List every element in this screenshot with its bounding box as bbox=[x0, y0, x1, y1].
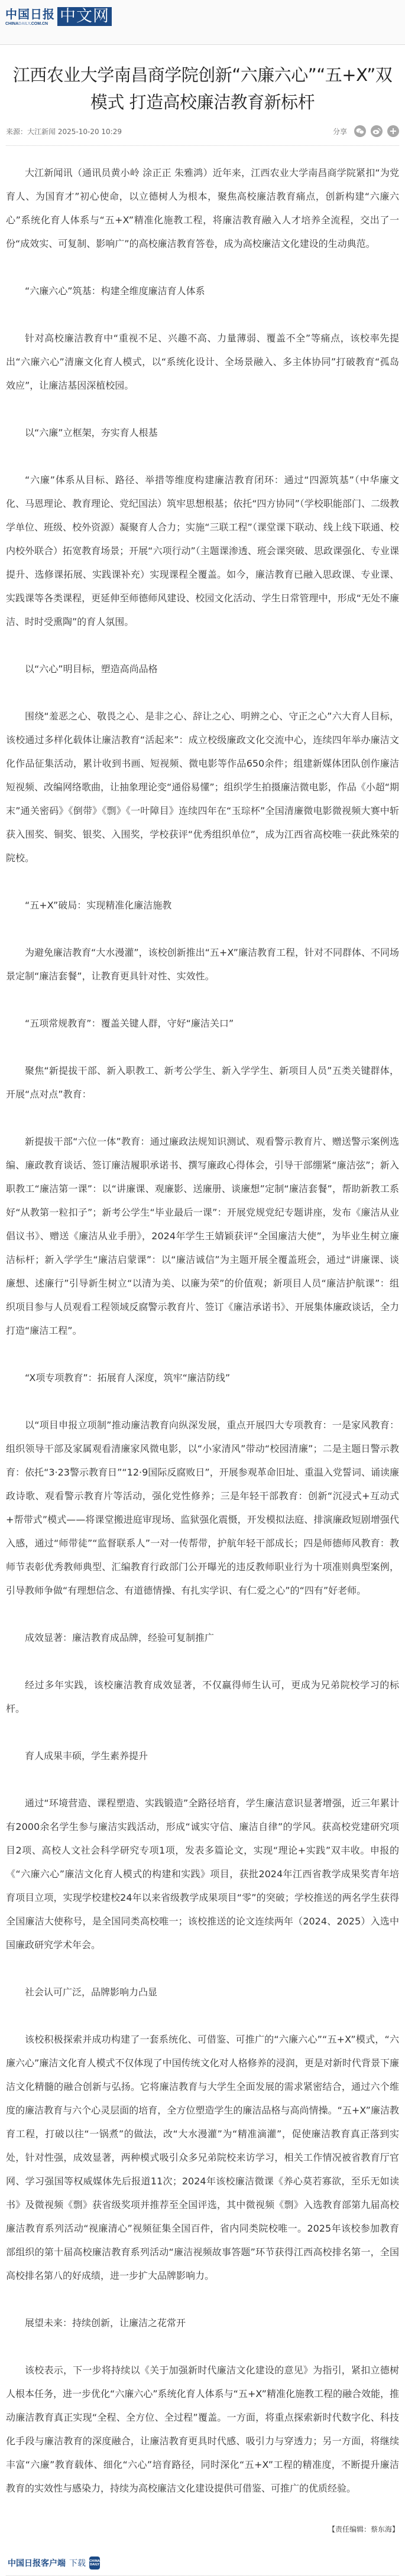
logo-chinese-site-badge: 中文网 bbox=[57, 7, 112, 26]
article: 江西农业大学南昌商学院创新“六廉六心”“五+X”双模式 打造高校廉洁教育新标杆 … bbox=[0, 45, 405, 2576]
app-download-bar[interactable]: 中国日报客户端 下载 CHINADAILY bbox=[6, 2552, 399, 2576]
share-bar: 分享 bbox=[333, 125, 399, 137]
app-icon-text: CHINADAILY bbox=[89, 2559, 100, 2567]
app-name[interactable]: 中国日报客户端 bbox=[8, 2557, 66, 2569]
source-label: 来源： bbox=[6, 128, 27, 136]
paragraph-subhead: 以“六廉”立框架，夯实育人根基 bbox=[6, 421, 399, 445]
paragraph-body: 以“项目申报立项制”推动廉洁教育向纵深发展，重点开展四大专项教育：一是家风教育：… bbox=[6, 1414, 399, 1603]
source-name: 大江新闻 bbox=[27, 128, 56, 136]
logo-domain-suffix: .COM.CN bbox=[30, 22, 48, 26]
logo-domain-china: CHINA bbox=[5, 22, 18, 26]
china-daily-logo[interactable]: 中国日报 CHINADAILY.COM.CN 中文网 bbox=[5, 7, 112, 27]
paragraph-body: 该校积极探索并成功构建了一套系统化、可借鉴、可推广的“六廉六心”“五+X”模式，… bbox=[6, 2028, 399, 2288]
app-icon-line2: DAILY bbox=[90, 2563, 99, 2567]
weibo-icon[interactable] bbox=[371, 125, 383, 137]
paragraph-body: 新提拔干部“六位一体”教育：通过廉政法规知识测试、观看警示教育片、赠送警示案例选… bbox=[6, 1130, 399, 1343]
paragraph-subhead: “五项常规教育”：覆盖关键人群，守好“廉洁关口” bbox=[6, 1012, 399, 1035]
paragraph-subhead: 社会认可广泛，品牌影响力凸显 bbox=[6, 1981, 399, 2004]
paragraph-body: 通过“环境营造、课程塑造、实践锻造”全路径培育，学生廉洁意识显著增强，近三年累计… bbox=[6, 1792, 399, 1957]
paragraph-subhead: “五+X”破局：实现精准化廉洁施教 bbox=[6, 894, 399, 917]
china-daily-app-icon[interactable]: CHINADAILY bbox=[89, 2557, 100, 2570]
paragraph-body: 聚焦“新提拔干部、新入职教工、新考公学生、新入学学生、新项目人员”五类关键群体，… bbox=[6, 1059, 399, 1106]
share-label: 分享 bbox=[333, 126, 347, 136]
paragraph-body: 针对高校廉洁教育中“重视不足、兴趣不高、力量薄弱、覆盖不全”等痛点，该校率先提出… bbox=[6, 327, 399, 398]
source-and-time: 来源：大江新闻 2025-10-20 10:29 bbox=[6, 126, 122, 136]
article-meta: 来源：大江新闻 2025-10-20 10:29 分享 bbox=[6, 123, 399, 146]
paragraph-body: 大江新闻讯（通讯员黄小岭 涂正正 朱雅鸿）近年来，江西农业大学南昌商学院紧扣“为… bbox=[6, 161, 399, 256]
download-link[interactable]: 下载 bbox=[69, 2557, 86, 2569]
wechat-icon[interactable] bbox=[354, 125, 366, 137]
more-share-plus-icon[interactable] bbox=[387, 125, 399, 137]
article-title: 江西农业大学南昌商学院创新“六廉六心”“五+X”双模式 打造高校廉洁教育新标杆 bbox=[6, 45, 399, 116]
paragraph-subhead: 以“六心”明目标，塑造高尚品格 bbox=[6, 657, 399, 681]
logo-domain-daily: DAILY bbox=[18, 22, 30, 26]
paragraph-subhead: 成效显著：廉洁教育成品牌，经验可复制推广 bbox=[6, 1626, 399, 1650]
logo-chinese-text: 中国日报 bbox=[5, 7, 55, 21]
logo-domain-text: CHINADAILY.COM.CN bbox=[5, 21, 48, 27]
paragraph-subhead: 展望未来：持续创新，让廉洁之花常开 bbox=[6, 2311, 399, 2335]
paragraph-body: 围绕“羞恶之心、敬畏之心、是非之心、辞让之心、明辨之心、守正之心”六大育人目标，… bbox=[6, 705, 399, 870]
paragraph-subhead: “六廉六心”筑基：构建全维度廉洁育人体系 bbox=[6, 279, 399, 303]
paragraph-body: 该校表示，下一步将持续以《关于加强新时代廉洁文化建设的意见》为指引，紧扣立德树人… bbox=[6, 2359, 399, 2500]
paragraph-body: “六廉”体系从目标、路径、举措等维度构建廉洁教育闭环：通过“四源筑基”（中华廉文… bbox=[6, 468, 399, 634]
paragraph-body: 经过多年实践，该校廉洁教育成效显著，不仅赢得师生认可，更成为兄弟院校学习的标杆。 bbox=[6, 1673, 399, 1721]
paragraph-subhead: “X项专项教育”：拓展育人深度，筑牢“廉洁防线” bbox=[6, 1366, 399, 1390]
publish-datetime: 2025-10-20 10:29 bbox=[58, 128, 122, 136]
paragraph-subhead: 育人成果丰硕，学生素养提升 bbox=[6, 1744, 399, 1768]
logo-wordmark: 中国日报 CHINADAILY.COM.CN bbox=[5, 7, 55, 27]
site-header: 中国日报 CHINADAILY.COM.CN 中文网 bbox=[0, 0, 405, 45]
article-body: 大江新闻讯（通讯员黄小岭 涂正正 朱雅鸿）近年来，江西农业大学南昌商学院紧扣“为… bbox=[6, 146, 399, 2500]
paragraph-body: 为避免廉洁教育“大水漫灌”，该校创新推出“五+X”廉洁教育工程，针对不同群体、不… bbox=[6, 941, 399, 988]
responsible-editor: 【责任编辑：蔡东海】 bbox=[6, 2524, 399, 2534]
